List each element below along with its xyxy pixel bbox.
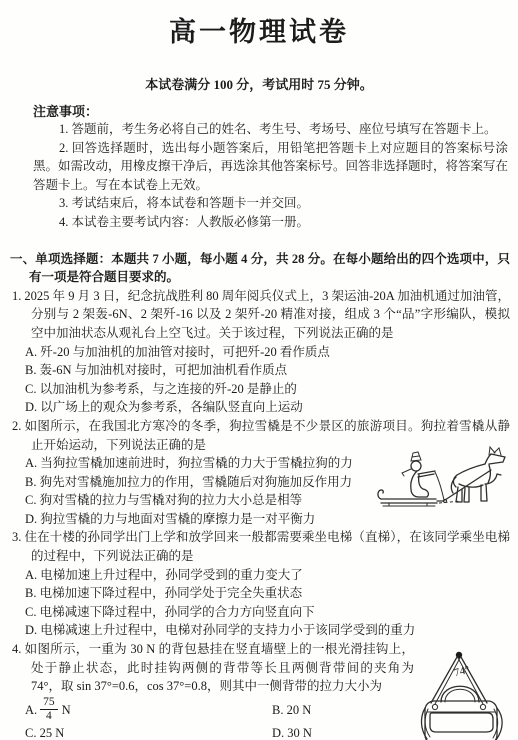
- option-d: D. 以广场上的观众为参考系，各编队竖直向上运动: [25, 398, 510, 417]
- notice-item-3: 3. 考试结束后，将本试卷和答题卡一并交回。: [33, 194, 508, 213]
- option-a-unit: N: [62, 701, 71, 720]
- page-title: 高一物理试卷: [0, 0, 518, 49]
- backpack-on-hook-illustration: 74°: [420, 647, 512, 740]
- option-b: B. 电梯加速下降过程中，孙同学处于完全失重状态: [25, 584, 510, 603]
- option-c: C. 以加油机为参考系，与之连接的歼-20 是静止的: [25, 380, 510, 399]
- exam-paper-page: 高一物理试卷 本试卷满分 100 分，考试用时 75 分钟。 注意事项： 1. …: [0, 0, 518, 740]
- section-heading: 一、单项选择题：本题共 7 小题，每小题 4 分，共 28 分。在每小题给出的四…: [10, 250, 510, 287]
- question-number: 4.: [12, 642, 21, 656]
- option-d: D. 电梯减速上升过程中，电梯对孙同学的支持力小于该同学受到的重力: [25, 621, 510, 640]
- question-4: 4.如图所示，一重为 30 N 的背包悬挂在竖直墙壁上的一根光滑挂钩上，处于静止…: [12, 640, 510, 740]
- question-text: 如图所示，一重为 30 N 的背包悬挂在竖直墙壁上的一根光滑挂钩上，处于静止状态…: [24, 642, 414, 693]
- question-stem: 3.住在十楼的孙同学出门上学和放学回来一般都需要乘坐电梯（直梯），在该同学乘坐电…: [12, 528, 510, 565]
- option-c: C. 25 N: [25, 724, 272, 740]
- exam-score-duration: 本试卷满分 100 分，考试用时 75 分钟。: [0, 74, 518, 93]
- question-text: 住在十楼的孙同学出门上学和放学回来一般都需要乘坐电梯（直梯），在该同学乘坐电梯的…: [24, 530, 510, 563]
- dog-sled-illustration: [377, 444, 514, 518]
- option-c: C. 电梯减速下降过程中，孙同学的合力方向竖直向下: [25, 603, 510, 622]
- question-stem: 1.2025 年 9 月 3 日，纪念抗战胜利 80 周年阅兵仪式上，3 架运油…: [12, 287, 510, 343]
- option-a-label: A.: [25, 701, 37, 720]
- option-d: D. 30 N: [272, 724, 312, 740]
- notice-item-2: 2. 回答选择题时，选出每小题答案后，用铅笔把答题卡上对应题目的答案标号涂黑。如…: [33, 139, 508, 195]
- question-number: 3.: [12, 530, 21, 544]
- question-1: 1.2025 年 9 月 3 日，纪念抗战胜利 80 周年阅兵仪式上，3 架运油…: [12, 287, 510, 417]
- question-3: 3.住在十楼的孙同学出门上学和放学回来一般都需要乘坐电梯（直梯），在该同学乘坐电…: [12, 528, 510, 640]
- question-number: 2.: [12, 419, 21, 433]
- notice-heading: 注意事项：: [33, 101, 510, 120]
- fraction: 75 4: [40, 696, 58, 723]
- question-2: 2.如图所示，在我国北方寒冷的冬季，狗拉雪橇是不少景区的旅游项目。狗拉着雪橇从静…: [12, 417, 510, 529]
- fraction-denominator: 4: [40, 710, 58, 723]
- fraction-numerator: 75: [40, 696, 58, 710]
- notice-item-1: 1. 答题前，考生务必将自己的姓名、考生号、考场号、座位号填写在答题卡上。: [33, 120, 508, 139]
- option-a: A. 75 4 N: [25, 696, 272, 723]
- question-text: 2025 年 9 月 3 日，纪念抗战胜利 80 周年阅兵仪式上，3 架运油-2…: [24, 289, 510, 340]
- option-a: A. 电梯加速上升过程中，孙同学受到的重力变大了: [25, 566, 510, 585]
- option-b: B. 20 N: [272, 701, 311, 720]
- option-b: B. 轰-6N 与加油机对接时，可把加油机看作质点: [25, 361, 510, 380]
- notice-item-4: 4. 本试卷主要考试内容：人教版必修第一册。: [33, 213, 508, 232]
- option-a: A. 歼-20 与加油机的加油管对接时，可把歼-20 看作质点: [25, 343, 510, 362]
- question-number: 1.: [12, 289, 21, 303]
